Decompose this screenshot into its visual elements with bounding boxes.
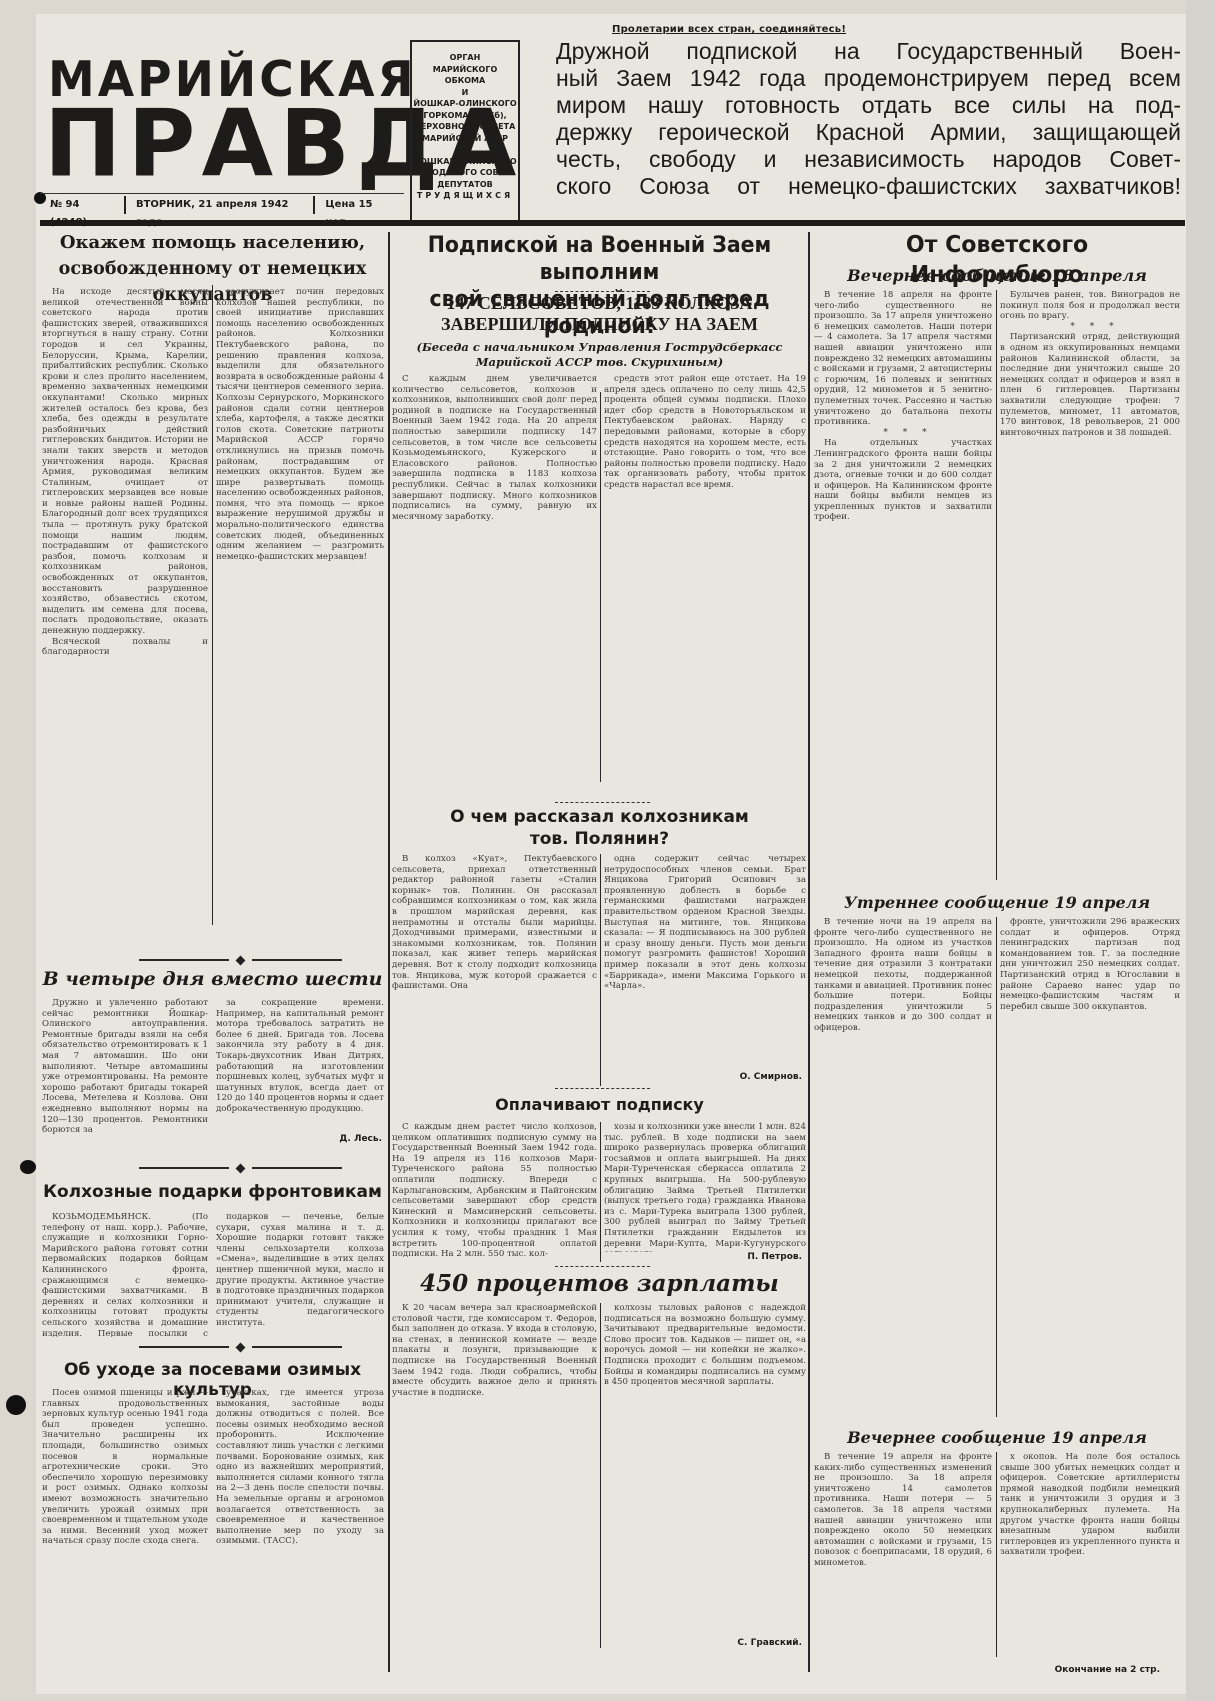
column-rule — [996, 1452, 997, 1657]
page-edge — [1186, 0, 1215, 1701]
organ-line: МАРИЙСКОЙ АССР — [412, 133, 518, 145]
organ-line: ВЕРХОВНОГО СОВЕТА — [412, 121, 518, 133]
message-evening-19-b: х окопов. На поле боя осталось свыше 300… — [1000, 1452, 1180, 1657]
paragraph: средств этот район еще отстает. На 19 ап… — [604, 374, 806, 491]
middle-subheadline: 147 СЕЛЬСОВЕТОВ, 1183 КОЛХОЗА ЗАВЕРШИЛИ … — [392, 293, 807, 335]
left-article-body-b: заслуживает почин передовых колхозов наш… — [216, 287, 384, 925]
organ-line: МАРИЙСКОГО ОБКОМА — [412, 64, 518, 87]
continued-note: Окончание на 2 стр. — [860, 1665, 1160, 1675]
headline-line: Подпиской на Военный Заем выполним — [407, 232, 793, 286]
short-rule — [555, 291, 650, 292]
signature: О. Смирнов. — [604, 1072, 802, 1082]
message-evening-18-b: Булычев ранен, тов. Виноградов не покину… — [1000, 290, 1180, 880]
message-title-evening-18: Вечернее сообщение 18 апреля — [812, 266, 1182, 285]
slogan-line: Дружной подпиской на Государственный Вое… — [556, 38, 1181, 65]
ink-blot — [20, 1160, 36, 1174]
message-evening-18-a: В течение 18 апреля на фронте чего-либо … — [814, 290, 992, 880]
paragraph: участках, где имеется угроза вымокания, … — [216, 1388, 384, 1547]
organ-box: ОРГАН МАРИЙСКОГО ОБКОМА И ЙОШКАР-ОЛИНСКО… — [410, 40, 520, 220]
organ-line: ОРГАН — [412, 52, 518, 64]
subheadline-line: Марийской АССР тов. Скурихиным) — [392, 355, 807, 370]
article-title-polyanin: О чем рассказал колхозникам тов. Полянин… — [392, 806, 807, 850]
paragraph: х окопов. На поле боя осталось свыше 300… — [1000, 1452, 1180, 1558]
article-title-450-percent: 450 процентов зарплаты — [392, 1270, 807, 1297]
message-morning-19-a: В течение ночи на 19 апреля на фронте че… — [814, 917, 992, 1417]
paragraph: В течение 19 апреля на фронте каких-либо… — [814, 1452, 992, 1569]
section-divider — [130, 1342, 350, 1352]
paragraph: На исходе десятый месяц великой отечеств… — [42, 287, 208, 637]
paragraph: В течение 18 апреля на фронте чего-либо … — [814, 290, 992, 428]
organ-line: ЙОШКАР-ОЛИНСКОГО — [412, 98, 518, 110]
title-line: тов. Полянин? — [392, 828, 807, 850]
column-rule — [996, 290, 997, 880]
paragraph: С каждым днем растет число колхозов, цел… — [392, 1122, 597, 1260]
slogan-line: миром нашу готовность отдать все силы на… — [556, 92, 1181, 119]
article-gifts-b: подарков — печенье, белые сухари, сухая … — [216, 1212, 384, 1337]
article-polyanin-b: одна содержит сейчас четырех нетрудоспос… — [604, 854, 806, 1066]
paragraph: С каждым днем увеличивается количество с… — [392, 374, 597, 522]
article-winter-crops-a: Посев озимой пшеницы и ржи — главных про… — [42, 1388, 208, 1673]
signature: П. Петров. — [604, 1252, 802, 1262]
front-slogan: Дружной подпиской на Государственный Вое… — [556, 38, 1181, 200]
slogan-line: ный Заем 1942 года продемонстрируем пере… — [556, 65, 1181, 92]
loan-article-a: С каждым днем увеличивается количество с… — [392, 374, 597, 784]
paragraph: В колхоз «Куат», Пектубаевского сельсове… — [392, 854, 597, 992]
short-rule — [555, 1088, 650, 1089]
column-rule — [600, 854, 601, 1086]
message-evening-19-a: В течение 19 апреля на фронте каких-либо… — [814, 1452, 992, 1662]
masthead-rule — [40, 220, 1185, 226]
signature: С. Гравский. — [604, 1638, 802, 1648]
article-winter-crops-b: участках, где имеется угроза вымокания, … — [216, 1388, 384, 1673]
slogan-line: держку героической Красной Армии, защища… — [556, 119, 1181, 146]
paragraph: В течение ночи на 19 апреля на фронте че… — [814, 917, 992, 1034]
column-rule — [808, 232, 810, 1672]
article-four-days-a: Дружно и увлеченно работают сейчас ремон… — [42, 998, 208, 1143]
article-title-paying: Оплачивают подписку — [392, 1095, 807, 1114]
organ-line: ГОРКОМА ВКП(б), — [412, 110, 518, 122]
organ-line: ТРУДЯЩИХСЯ — [412, 190, 518, 202]
organ-line: ГОРОДСКОГО СОВЕТА — [412, 167, 518, 179]
paragraph: КОЗЬМОДЕМЬЯНСК. (По телефону от наш. кор… — [42, 1212, 208, 1337]
article-450-a: К 20 часам вечера зал красноармейской ст… — [392, 1303, 597, 1648]
ink-blot — [6, 1395, 26, 1415]
column-rule — [388, 232, 390, 1672]
article-four-days-b: за сокращение времени. Например, на капи… — [216, 998, 384, 1128]
left-article-body-a: На исходе десятый месяц великой отечеств… — [42, 287, 208, 925]
paragraph: фронте, уничтожили 296 вражеских солдат … — [1000, 917, 1180, 1012]
loan-article-b: средств этот район еще отстает. На 19 ап… — [604, 374, 806, 784]
subheadline-line: ЗАВЕРШИЛИ ПОДПИСКУ НА ЗАЕМ — [392, 314, 807, 335]
issue-info-bar: № 94 (4248) ВТОРНИК, 21 апреля 1942 года… — [40, 193, 404, 216]
stars-separator: * * * — [814, 428, 992, 439]
issue-date: ВТОРНИК, 21 апреля 1942 года — [126, 196, 315, 214]
article-paying-b: хозы и колхозники уже внесли 1 млн. 824 … — [604, 1122, 806, 1252]
short-rule — [555, 1266, 650, 1267]
section-divider — [120, 955, 360, 965]
slogan-line: честь, свободу и независимость народов С… — [556, 146, 1181, 173]
paragraph: На отдельных участках Ленинградского фро… — [814, 438, 992, 523]
subheadline-line: 147 СЕЛЬСОВЕТОВ, 1183 КОЛХОЗА — [392, 293, 807, 314]
motto: Пролетарии всех стран, соединяйтесь! — [612, 24, 846, 35]
paragraph: подарков — печенье, белые сухари, сухая … — [216, 1212, 384, 1329]
paragraph: за сокращение времени. Например, на капи… — [216, 998, 384, 1115]
organ-line: ЙОШКАР-ОЛИНСКОГО — [412, 156, 518, 168]
article-title-gifts: Колхозные подарки фронтовикам — [40, 1182, 385, 1202]
article-paying-a: С каждым днем растет число колхозов, цел… — [392, 1122, 597, 1260]
column-rule — [996, 917, 997, 1417]
title-line: О чем рассказал колхозникам — [392, 806, 807, 828]
paragraph: Посев озимой пшеницы и ржи — главных про… — [42, 1388, 208, 1547]
article-gifts-a: КОЗЬМОДЕМЬЯНСК. (По телефону от наш. кор… — [42, 1212, 208, 1337]
paragraph: Булычев ранен, тов. Виноградов не покину… — [1000, 290, 1180, 322]
organ-line: И — [412, 87, 518, 99]
paragraph: одна содержит сейчас четырех нетрудоспос… — [604, 854, 806, 992]
column-rule — [600, 1122, 601, 1262]
paragraph: Дружно и увлеченно работают сейчас ремон… — [42, 998, 208, 1136]
issue-price: Цена 15 коп. — [315, 196, 404, 214]
paragraph: Партизанский отряд, действующий в одном … — [1000, 332, 1180, 438]
article-450-b: колхозы тыловых районов с надеждой подпи… — [604, 1303, 806, 1633]
paragraph: К 20 часам вечера зал красноармейской ст… — [392, 1303, 597, 1398]
article-title-four-days: В четыре дня вместо шести — [40, 968, 385, 990]
message-title-morning-19: Утреннее сообщение 19 апреля — [812, 893, 1182, 912]
paragraph: хозы и колхозники уже внесли 1 млн. 824 … — [604, 1122, 806, 1252]
organ-line: ДЕПУТАТОВ — [412, 179, 518, 191]
signature: Д. Лесь. — [216, 1134, 382, 1144]
headline-line: Окажем помощь населению, — [40, 230, 385, 256]
slogan-line: ского Союза от немецко-фашистских захват… — [556, 173, 1181, 200]
article-polyanin-a: В колхоз «Куат», Пектубаевского сельсове… — [392, 854, 597, 1054]
middle-subheadline-italic: (Беседа с начальником Управления Гоструд… — [392, 340, 807, 370]
stars-separator: * * * — [1000, 322, 1180, 333]
paragraph: колхозы тыловых районов с надеждой подпи… — [604, 1303, 806, 1388]
message-title-evening-19: Вечернее сообщение 19 апреля — [812, 1428, 1182, 1447]
section-divider — [120, 1163, 360, 1173]
column-rule — [212, 285, 213, 925]
organ-line: И — [412, 144, 518, 156]
column-rule — [600, 1303, 601, 1648]
paragraph: Всяческой похвалы и благодарности — [42, 637, 208, 658]
message-morning-19-b: фронте, уничтожили 296 вражеских солдат … — [1000, 917, 1180, 1417]
short-rule — [555, 802, 650, 803]
column-rule — [600, 392, 601, 782]
subheadline-line: (Беседа с начальником Управления Гоструд… — [392, 340, 807, 355]
issue-number: № 94 (4248) — [40, 196, 126, 214]
paragraph: заслуживает почин передовых колхозов наш… — [216, 287, 384, 562]
